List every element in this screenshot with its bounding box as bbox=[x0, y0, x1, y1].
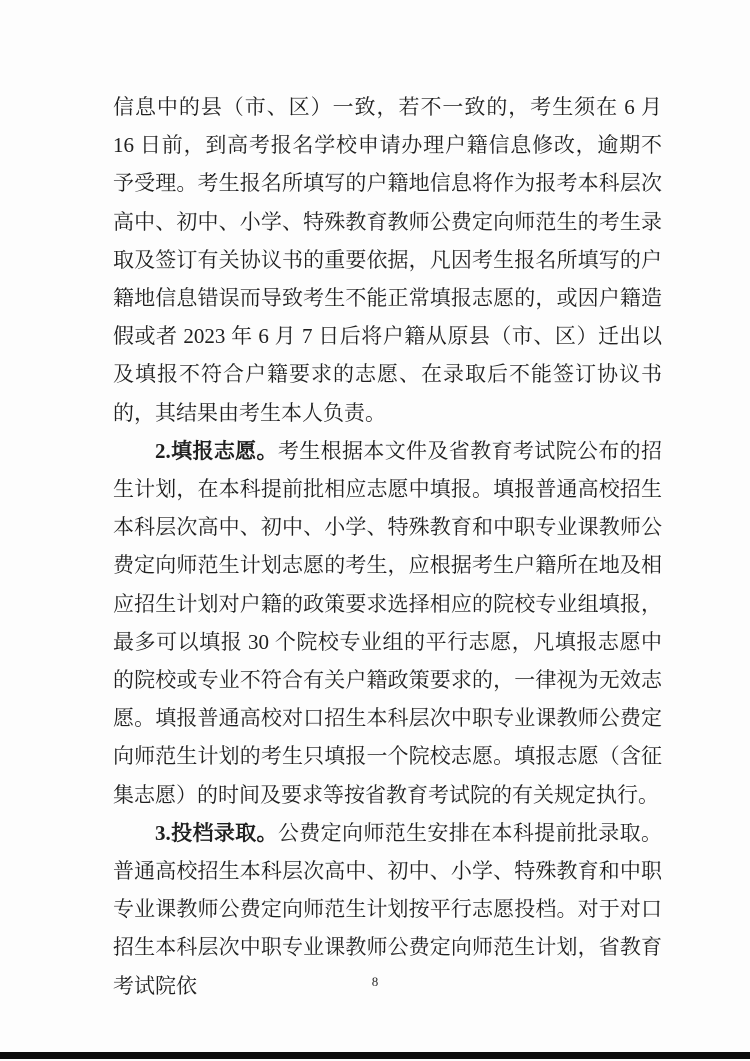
paragraph-text: 考生根据本文件及省教育考试院公布的招生计划，在本科提前批相应志愿中填报。填报普通… bbox=[113, 439, 662, 807]
paragraph-lead: 2.填报志愿。 bbox=[155, 439, 278, 463]
paragraph-household-registration: 信息中的县（市、区）一致，若不一致的，考生须在 6 月 16 日前，到高考报名学… bbox=[113, 88, 662, 432]
document-page: 信息中的县（市、区）一致，若不一致的，考生须在 6 月 16 日前，到高考报名学… bbox=[0, 0, 750, 1061]
paragraph-text: 公费定向师范生安排在本科提前批录取。普通高校招生本科层次高中、初中、小学、特殊教… bbox=[113, 821, 662, 998]
paragraph-lead: 3.投档录取。 bbox=[155, 821, 278, 845]
paragraph-text: 信息中的县（市、区）一致，若不一致的，考生须在 6 月 16 日前，到高考报名学… bbox=[113, 95, 662, 425]
paragraph-volunteer-filling: 2.填报志愿。考生根据本文件及省教育考试院公布的招生计划，在本科提前批相应志愿中… bbox=[113, 432, 662, 814]
scan-edge-bar bbox=[0, 1052, 750, 1059]
page-number: 8 bbox=[0, 974, 750, 990]
page-text-block: 信息中的县（市、区）一致，若不一致的，考生须在 6 月 16 日前，到高考报名学… bbox=[113, 88, 662, 1005]
